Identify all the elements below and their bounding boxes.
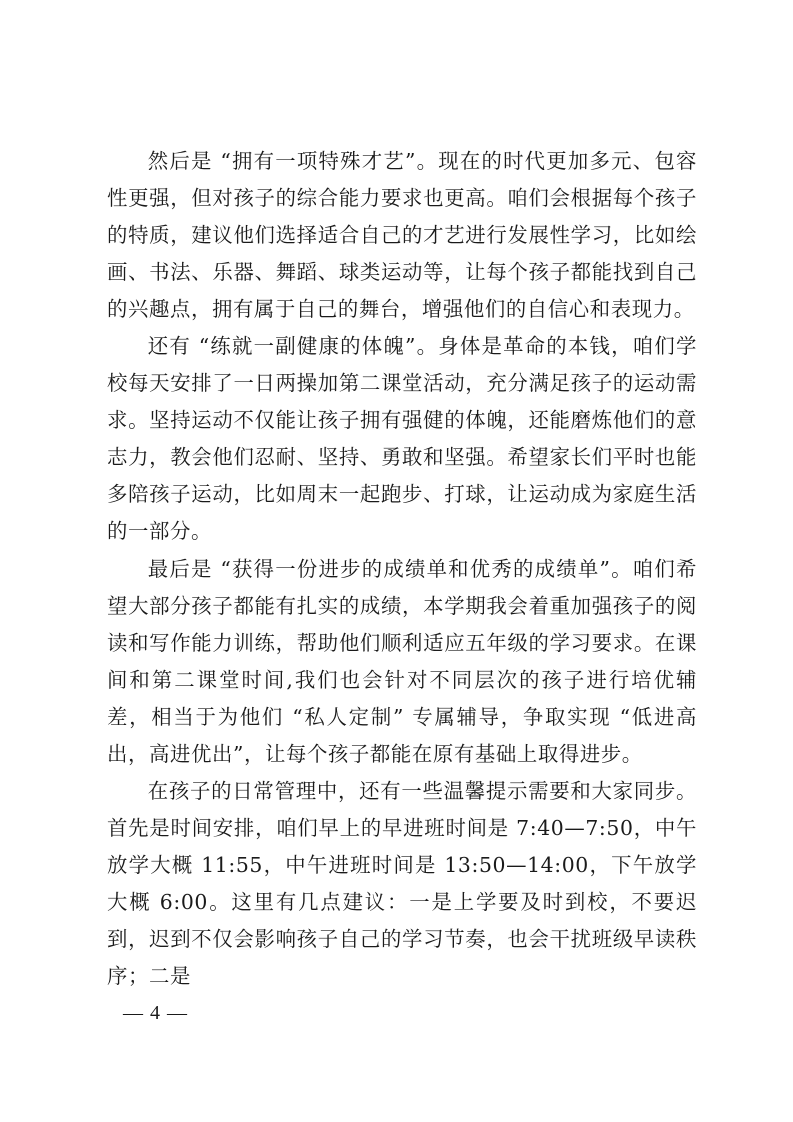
page-number: — 4 —	[123, 1000, 188, 1026]
paragraph-healthy-body: 还有 “练就一副健康的体魄”。身体是革命的本钱，咱们学校每天安排了一日两操加第二…	[107, 328, 697, 550]
paragraph-special-talent: 然后是 “拥有一项特殊才艺”。现在的时代更加多元、包容性更强，但对孩子的综合能力…	[107, 143, 697, 328]
paragraph-daily-management: 在孩子的日常管理中，还有一些温馨提示需要和大家同步。首先是时间安排，咱们早上的早…	[107, 773, 697, 995]
document-page-body: 然后是 “拥有一项特殊才艺”。现在的时代更加多元、包容性更强，但对孩子的综合能力…	[107, 143, 697, 995]
paragraph-report-card: 最后是 “获得一份进步的成绩单和优秀的成绩单”。咱们希望大部分孩子都能有扎实的成…	[107, 551, 697, 773]
